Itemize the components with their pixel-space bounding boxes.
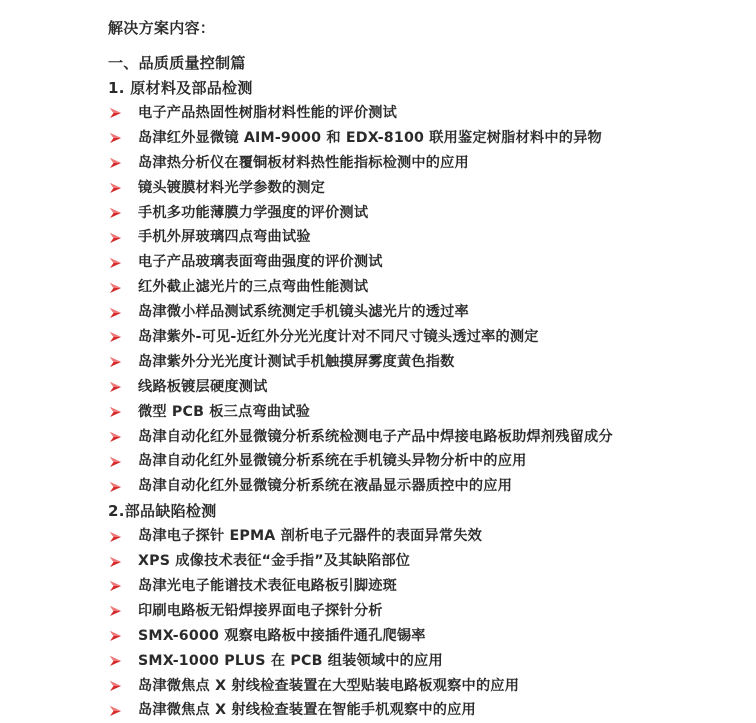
list-item: 微型 PCB 板三点弯曲试验: [108, 400, 748, 425]
arrow-bullet-icon: [108, 432, 138, 442]
list-item: 电子产品玻璃表面弯曲强度的评价测试: [108, 250, 748, 275]
arrow-bullet-icon: [108, 407, 138, 417]
list-item: 岛津自动化红外显微镜分析系统在手机镜头异物分析中的应用: [108, 449, 748, 474]
list-item-text: 手机外屏玻璃四点弯曲试验: [138, 225, 311, 250]
list-item-text: SMX-1000 PLUS 在 PCB 组装领域中的应用: [138, 649, 443, 674]
arrow-bullet-icon: [108, 158, 138, 168]
list-item-text: 印刷电路板无铅焊接界面电子探针分析: [138, 599, 383, 624]
arrow-bullet-icon: [108, 133, 138, 143]
list-item: 手机外屏玻璃四点弯曲试验: [108, 225, 748, 250]
arrow-bullet-icon: [108, 681, 138, 691]
subsection-raw-materials: 1. 原材料及部品检测 电子产品热固性树脂材料性能的评价测试岛津红外显微镜 AI…: [108, 76, 748, 499]
list-item-text: 微型 PCB 板三点弯曲试验: [138, 400, 310, 425]
arrow-bullet-icon: [108, 183, 138, 193]
list-item: 岛津光电子能谱技术表征电路板引脚迹斑: [108, 574, 748, 599]
list-item: 岛津微小样品测试系统测定手机镜头滤光片的透过率: [108, 300, 748, 325]
list-item: SMX-1000 PLUS 在 PCB 组装领域中的应用: [108, 649, 748, 674]
list-item-text: 岛津微小样品测试系统测定手机镜头滤光片的透过率: [138, 300, 469, 325]
arrow-bullet-icon: [108, 233, 138, 243]
list-item-text: 电子产品热固性树脂材料性能的评价测试: [138, 101, 397, 126]
list-item-text: 岛津紫外分光光度计测试手机触摸屏雾度黄色指数: [138, 350, 455, 375]
subsection-defect-detection: 2.部品缺陷检测 岛津电子探针 EPMA 剖析电子元器件的表面异常失效XPS 成…: [108, 499, 748, 723]
list-item-text: 红外截止滤光片的三点弯曲性能测试: [138, 275, 368, 300]
document-title: 解决方案内容：: [108, 16, 748, 40]
list-item-text: 镜头镀膜材料光学参数的测定: [138, 176, 325, 201]
list-item-text: 岛津红外显微镜 AIM-9000 和 EDX-8100 联用鉴定树脂材料中的异物: [138, 126, 602, 151]
arrow-bullet-icon: [108, 606, 138, 616]
list-item-text: 岛津热分析仪在覆铜板材料热性能指标检测中的应用: [138, 151, 469, 176]
list-item: 岛津电子探针 EPMA 剖析电子元器件的表面异常失效: [108, 524, 748, 549]
arrow-bullet-icon: [108, 283, 138, 293]
list-item: 岛津紫外-可见-近红外分光光度计对不同尺寸镜头透过率的测定: [108, 325, 748, 350]
list-item-text: 岛津自动化红外显微镜分析系统检测电子产品中焊接电路板助焊剂残留成分: [138, 425, 613, 450]
arrow-bullet-icon: [108, 706, 138, 716]
list-item: 印刷电路板无铅焊接界面电子探针分析: [108, 599, 748, 624]
list-item: 岛津自动化红外显微镜分析系统在液晶显示器质控中的应用: [108, 474, 748, 499]
list-item: 线路板镀层硬度测试: [108, 375, 748, 400]
arrow-bullet-icon: [108, 581, 138, 591]
solution-content-document: 解决方案内容： 一、品质质量控制篇 1. 原材料及部品检测 电子产品热固性树脂材…: [108, 16, 748, 723]
arrow-bullet-icon: [108, 108, 138, 118]
item-list: 电子产品热固性树脂材料性能的评价测试岛津红外显微镜 AIM-9000 和 EDX…: [108, 101, 748, 499]
list-item: 手机多功能薄膜力学强度的评价测试: [108, 201, 748, 226]
arrow-bullet-icon: [108, 557, 138, 567]
item-list: 岛津电子探针 EPMA 剖析电子元器件的表面异常失效XPS 成像技术表征“金手指…: [108, 524, 748, 723]
arrow-bullet-icon: [108, 258, 138, 268]
arrow-bullet-icon: [108, 482, 138, 492]
list-item: 镜头镀膜材料光学参数的测定: [108, 176, 748, 201]
list-item-text: 岛津自动化红外显微镜分析系统在液晶显示器质控中的应用: [138, 474, 512, 499]
list-item: 电子产品热固性树脂材料性能的评价测试: [108, 101, 748, 126]
list-item-text: 岛津光电子能谱技术表征电路板引脚迹斑: [138, 574, 397, 599]
list-item-text: 手机多功能薄膜力学强度的评价测试: [138, 201, 368, 226]
arrow-bullet-icon: [108, 457, 138, 467]
list-item: 岛津热分析仪在覆铜板材料热性能指标检测中的应用: [108, 151, 748, 176]
arrow-bullet-icon: [108, 308, 138, 318]
list-item-text: XPS 成像技术表征“金手指”及其缺陷部位: [138, 549, 410, 574]
list-item-text: 电子产品玻璃表面弯曲强度的评价测试: [138, 250, 383, 275]
section-title-quality-control: 一、品质质量控制篇: [108, 51, 748, 76]
arrow-bullet-icon: [108, 357, 138, 367]
list-item-text: SMX-6000 观察电路板中接插件通孔爬锡率: [138, 624, 426, 649]
list-item-text: 线路板镀层硬度测试: [138, 375, 268, 400]
list-item: XPS 成像技术表征“金手指”及其缺陷部位: [108, 549, 748, 574]
arrow-bullet-icon: [108, 332, 138, 342]
arrow-bullet-icon: [108, 208, 138, 218]
arrow-bullet-icon: [108, 656, 138, 666]
list-item-text: 岛津紫外-可见-近红外分光光度计对不同尺寸镜头透过率的测定: [138, 325, 539, 350]
list-item-text: 岛津微焦点 X 射线检查装置在智能手机观察中的应用: [138, 698, 476, 723]
list-item: 岛津自动化红外显微镜分析系统检测电子产品中焊接电路板助焊剂残留成分: [108, 425, 748, 450]
list-item: 红外截止滤光片的三点弯曲性能测试: [108, 275, 748, 300]
list-item-text: 岛津电子探针 EPMA 剖析电子元器件的表面异常失效: [138, 524, 482, 549]
subsection-title: 1. 原材料及部品检测: [108, 76, 748, 101]
arrow-bullet-icon: [108, 532, 138, 542]
subsection-title: 2.部品缺陷检测: [108, 499, 748, 524]
arrow-bullet-icon: [108, 631, 138, 641]
arrow-bullet-icon: [108, 382, 138, 392]
list-item: 岛津红外显微镜 AIM-9000 和 EDX-8100 联用鉴定树脂材料中的异物: [108, 126, 748, 151]
list-item: 岛津紫外分光光度计测试手机触摸屏雾度黄色指数: [108, 350, 748, 375]
list-item-text: 岛津自动化红外显微镜分析系统在手机镜头异物分析中的应用: [138, 449, 526, 474]
list-item-text: 岛津微焦点 X 射线检查装置在大型贴装电路板观察中的应用: [138, 674, 519, 699]
list-item: SMX-6000 观察电路板中接插件通孔爬锡率: [108, 624, 748, 649]
list-item: 岛津微焦点 X 射线检查装置在大型贴装电路板观察中的应用: [108, 674, 748, 699]
list-item: 岛津微焦点 X 射线检查装置在智能手机观察中的应用: [108, 698, 748, 723]
